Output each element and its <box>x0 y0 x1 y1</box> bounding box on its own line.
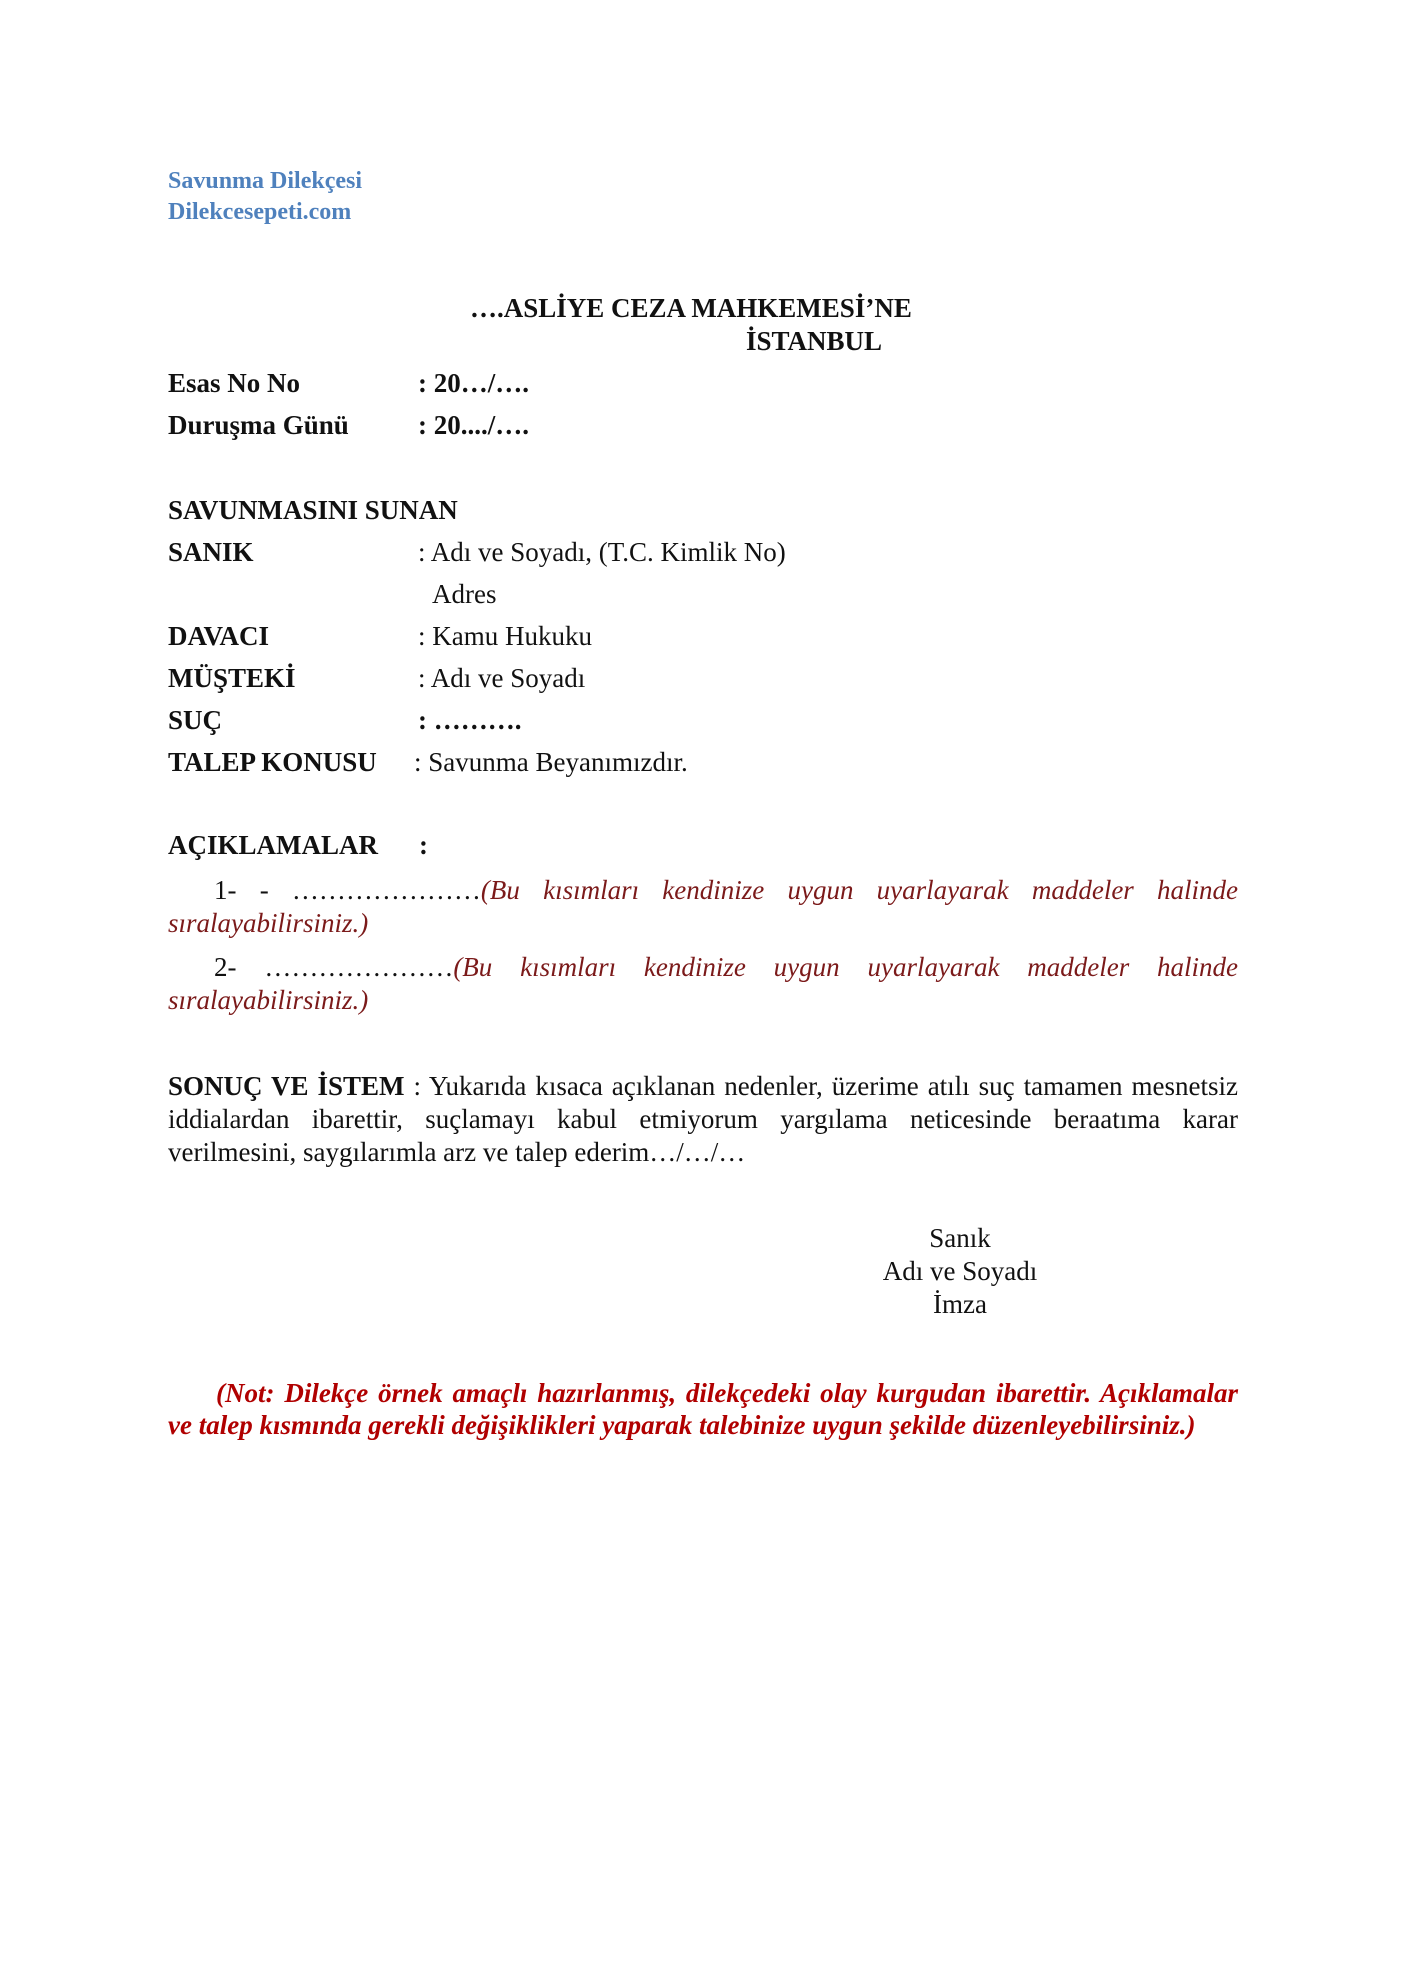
item-dots: ………………… <box>292 875 481 905</box>
party-label: SANIK <box>168 535 254 569</box>
conclusion-title: SONUÇ VE İSTEM <box>168 1071 405 1101</box>
signature-block: Sanık Adı ve Soyadı İmza <box>860 1222 1060 1321</box>
item-dots: ………………… <box>264 952 453 982</box>
party-label: TALEP KONUSU <box>168 745 377 779</box>
explanations-colon: : <box>419 828 428 862</box>
item-number: 2- <box>214 952 237 982</box>
court-city: İSTANBUL <box>746 325 882 358</box>
case-no-label: Esas No No <box>168 366 300 400</box>
explanations-title: AÇIKLAMALAR <box>168 830 378 860</box>
signature-name: Adı ve Soyadı <box>860 1255 1060 1288</box>
party-label: DAVACI <box>168 619 269 653</box>
conclusion-paragraph: SONUÇ VE İSTEM : Yukarıda kısaca açıklan… <box>168 1070 1238 1169</box>
party-value: : Kamu Hukuku <box>418 619 592 653</box>
party-value: : Savunma Beyanımızdır. <box>414 745 688 779</box>
explanation-item-2: 2- …………………(Bu kısımları kendinize uygun … <box>168 951 1238 1017</box>
header-title: Savunma Dilekçesi <box>168 166 362 197</box>
party-label: SUÇ <box>168 703 222 737</box>
explanation-item-1: 1- - …………………(Bu kısımları kendinize uygu… <box>168 874 1238 940</box>
party-value: Adres <box>432 577 496 611</box>
signature-sign: İmza <box>860 1288 1060 1321</box>
document-header: Savunma Dilekçesi Dilekcesepeti.com <box>168 166 362 228</box>
explanations-heading: AÇIKLAMALAR : <box>168 828 378 862</box>
signature-role: Sanık <box>860 1222 1060 1255</box>
case-no-value: : 20…/…. <box>418 366 529 400</box>
header-website: Dilekcesepeti.com <box>168 197 362 228</box>
parties-section-title: SAVUNMASINI SUNAN <box>168 493 458 527</box>
hearing-date-label: Duruşma Günü <box>168 408 349 442</box>
court-title: ….ASLİYE CEZA MAHKEMESİ’NE <box>470 292 912 325</box>
party-value: : Adı ve Soyadı <box>418 661 585 695</box>
party-value: : Adı ve Soyadı, (T.C. Kimlik No) <box>418 535 786 569</box>
item-number: 1- - <box>214 875 269 905</box>
party-label: MÜŞTEKİ <box>168 661 296 695</box>
hearing-date-value: : 20..../…. <box>418 408 529 442</box>
document-page: Savunma Dilekçesi Dilekcesepeti.com ….AS… <box>0 0 1405 1988</box>
disclaimer-note: (Not: Dilekçe örnek amaçlı hazırlanmış, … <box>168 1377 1238 1441</box>
party-value: : ………. <box>418 703 522 737</box>
